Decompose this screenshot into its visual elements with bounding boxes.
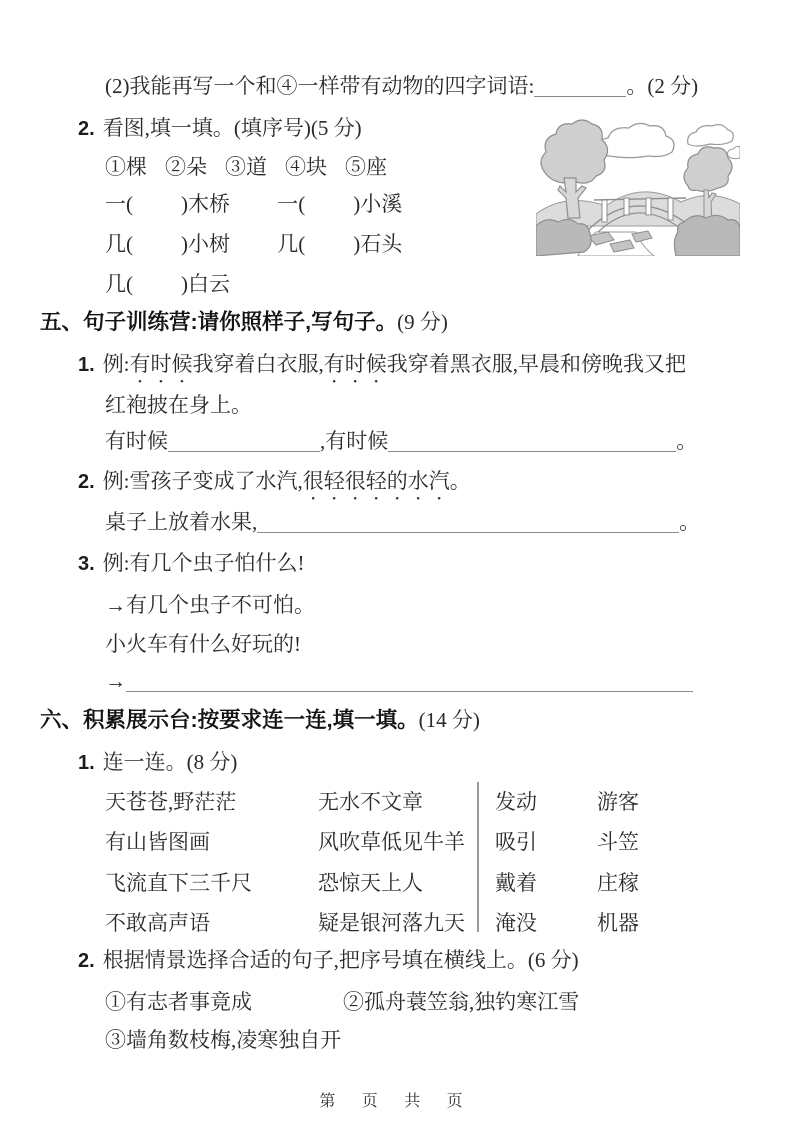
arrow-icon: → [105, 669, 126, 693]
option-2: ②孤舟蓑笠翁,独钓寒江雪 [343, 986, 579, 1016]
choice-2: ②朵 [165, 155, 207, 179]
q2-blank-row-2: 几()小树 几()石头 [105, 230, 402, 258]
q2-title: 看图,填一填。(填序号)(5 分) [103, 116, 362, 140]
s5-q3-answer-line: → [105, 667, 693, 695]
match-left-b: 恐惊天上人 [318, 867, 423, 897]
match-grid-divider [477, 782, 479, 932]
s5-q2-answer-line: 桌子上放着水果,。 [105, 508, 700, 536]
match-left-a: 有山皆图画 [105, 826, 210, 856]
worksheet-page: (2)我能再写一个和④一样带有动物的四字词语:。(2 分) 2.看图,填一填。(… [0, 0, 793, 1122]
q4-sub2-text: (2)我能再写一个和④一样带有动物的四字词语: [105, 74, 534, 98]
answer-blank [534, 77, 626, 97]
bridge-landscape-illustration [536, 114, 740, 256]
match-right-a: 戴着 [495, 867, 537, 897]
s6-q2-title: 根据情景选择合适的句子,把序号填在横线上。(6 分) [103, 948, 579, 972]
match-right-b: 机器 [597, 907, 639, 937]
s5-q3-example-line2: →有几个虫子不可怕。 [105, 591, 315, 619]
emphasized-text: 有时候 [130, 352, 193, 376]
s5-q3-number: 3. [78, 553, 95, 575]
match-right-a: 吸引 [495, 826, 537, 856]
s6-q1-title-line: 1.连一连。(8 分) [78, 748, 237, 777]
match-right-a: 淹没 [495, 907, 537, 937]
q2-title-line: 2.看图,填一填。(填序号)(5 分) [78, 114, 362, 143]
s6-q2-number: 2. [78, 950, 95, 972]
fill-blank: 几()小树 [105, 230, 272, 258]
choice-4: ④块 [285, 155, 327, 179]
q4-sub2-line: (2)我能再写一个和④一样带有动物的四字词语:。(2 分) [105, 72, 698, 100]
s5-q1-example-line1: 1.例:有时候我穿着白衣服,有时候我穿着黑衣服,早晨和傍晚我又把 [78, 350, 686, 388]
match-right-a: 发动 [495, 786, 537, 816]
answer-blank [257, 513, 679, 533]
q2-blank-row-3: 几()白云 [105, 270, 230, 298]
s5-q3-example-line1: 3.例:有几个虫子怕什么! [78, 549, 305, 578]
match-left-b: 疑是银河落九天 [318, 907, 465, 937]
match-row: 飞流直下三千尺 恐惊天上人 戴着 庄稼 [0, 867, 793, 897]
match-row: 有山皆图画 风吹草低见牛羊 吸引 斗笠 [0, 826, 793, 856]
section6-heading: 六、积累展示台:按要求连一连,填一填。(14 分) [40, 706, 480, 734]
s6-q2-options-line2: ③墙角数枝梅,凌寒独自开 [105, 1026, 341, 1054]
s6-q1-title: 连一连。(8 分) [103, 750, 238, 774]
s6-q2-options-line1: ①有志者事竟成 ②孤舟蓑笠翁,独钓寒江雪 [0, 986, 793, 1016]
s6-q1-number: 1. [78, 752, 95, 774]
match-left-a: 天苍苍,野茫茫 [105, 786, 236, 816]
s5-q1-number: 1. [78, 354, 95, 376]
section5-title: 五、句子训练营:请你照样子,写句子。 [40, 310, 397, 334]
s5-q3-prompt-line: 小火车有什么好玩的! [105, 630, 301, 658]
fill-blank: 几()石头 [277, 230, 402, 258]
answer-blank [168, 432, 320, 452]
section6-title: 六、积累展示台:按要求连一连,填一填。 [40, 708, 419, 732]
s5-q1-answer-line: 有时候,有时候。 [105, 427, 697, 455]
section6-score: (14 分) [419, 708, 480, 732]
section5-score: (9 分) [397, 310, 448, 334]
q4-sub2-score: 。(2 分) [626, 74, 698, 98]
fill-blank: 一()小溪 [277, 190, 402, 218]
emphasized-text: 有时候 [324, 352, 387, 376]
s6-q2-title-line: 2.根据情景选择合适的句子,把序号填在横线上。(6 分) [78, 946, 579, 975]
option-1: ①有志者事竟成 [105, 986, 252, 1016]
page-footer: 第 页 共 页 [0, 1088, 793, 1111]
fill-blank: 一()木桥 [105, 190, 272, 218]
option-3: ③墙角数枝梅,凌寒独自开 [105, 1028, 341, 1052]
match-right-b: 游客 [597, 786, 639, 816]
match-left-a: 飞流直下三千尺 [105, 867, 252, 897]
answer-blank [388, 432, 676, 452]
section5-heading: 五、句子训练营:请你照样子,写句子。(9 分) [40, 308, 448, 336]
match-left-b: 风吹草低见牛羊 [318, 826, 465, 856]
choice-5: ⑤座 [345, 155, 387, 179]
s5-q1-example-line2: 红袍披在身上。 [105, 391, 252, 419]
match-right-b: 斗笠 [597, 826, 639, 856]
q2-choices-line: ①棵②朵③道④块⑤座 [105, 153, 387, 181]
s5-q2-number: 2. [78, 471, 95, 493]
emphasized-text: 很轻很轻的水汽 [303, 469, 450, 493]
q2-blank-row-1: 一()木桥 一()小溪 [105, 190, 402, 218]
match-left-b: 无水不文章 [318, 786, 423, 816]
match-row: 天苍苍,野茫茫 无水不文章 发动 游客 [0, 786, 793, 816]
q2-number: 2. [78, 118, 95, 140]
choice-1: ①棵 [105, 155, 147, 179]
match-left-a: 不敢高声语 [105, 907, 210, 937]
s5-q2-example-line: 2.例:雪孩子变成了水汽,很轻很轻的水汽。 [78, 467, 471, 505]
answer-blank [126, 672, 693, 692]
choice-3: ③道 [225, 155, 267, 179]
match-right-b: 庄稼 [597, 867, 639, 897]
fill-blank: 几()白云 [105, 270, 230, 298]
match-row: 不敢高声语 疑是银河落九天 淹没 机器 [0, 907, 793, 937]
